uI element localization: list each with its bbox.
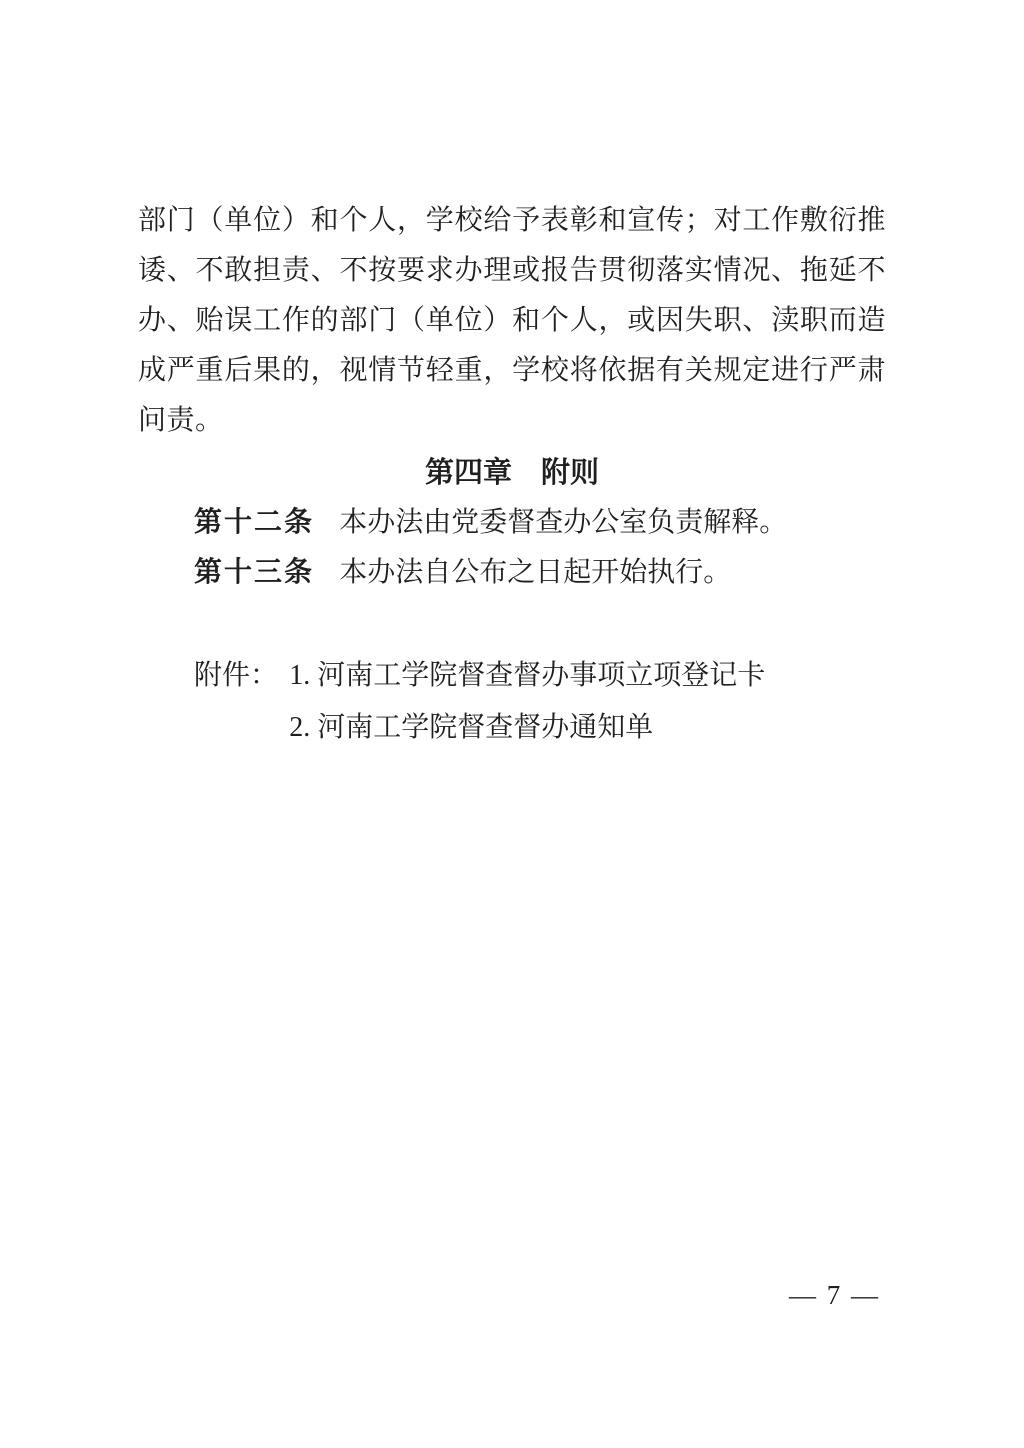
attachments-label: 附件： [194,650,278,702]
attachments-list: 1. 河南工学院督查督办事项立项登记卡 2. 河南工学院督查督办通知单 [289,650,765,754]
article-13-text: 本办法自公布之日起开始执行。 [339,557,731,588]
article-12: 第十二条本办法由党委督查办公室负责解释。 [138,498,886,548]
page-number: — 7 — [789,1280,880,1310]
article-12-text: 本办法由党委督查办公室负责解释。 [339,507,787,538]
document-content: 部门（单位）和个人，学校给予表彰和宣传；对工作敷衍推诿、不敢担责、不按要求办理或… [138,196,886,754]
attachment-item: 1. 河南工学院督查督办事项立项登记卡 [289,650,765,702]
article-12-label: 第十二条 [194,507,314,538]
article-13: 第十三条本办法自公布之日起开始执行。 [138,548,886,598]
article-13-label: 第十三条 [194,557,314,588]
body-paragraph: 部门（单位）和个人，学校给予表彰和宣传；对工作敷衍推诿、不敢担责、不按要求办理或… [138,196,886,446]
attachments-section: 附件： 1. 河南工学院督查督办事项立项登记卡 2. 河南工学院督查督办通知单 [138,650,886,754]
attachment-item: 2. 河南工学院督查督办通知单 [289,702,765,754]
document-page: 部门（单位）和个人，学校给予表彰和宣传；对工作敷衍推诿、不敢担责、不按要求办理或… [0,0,1024,1448]
chapter-heading: 第四章 附则 [138,448,886,498]
